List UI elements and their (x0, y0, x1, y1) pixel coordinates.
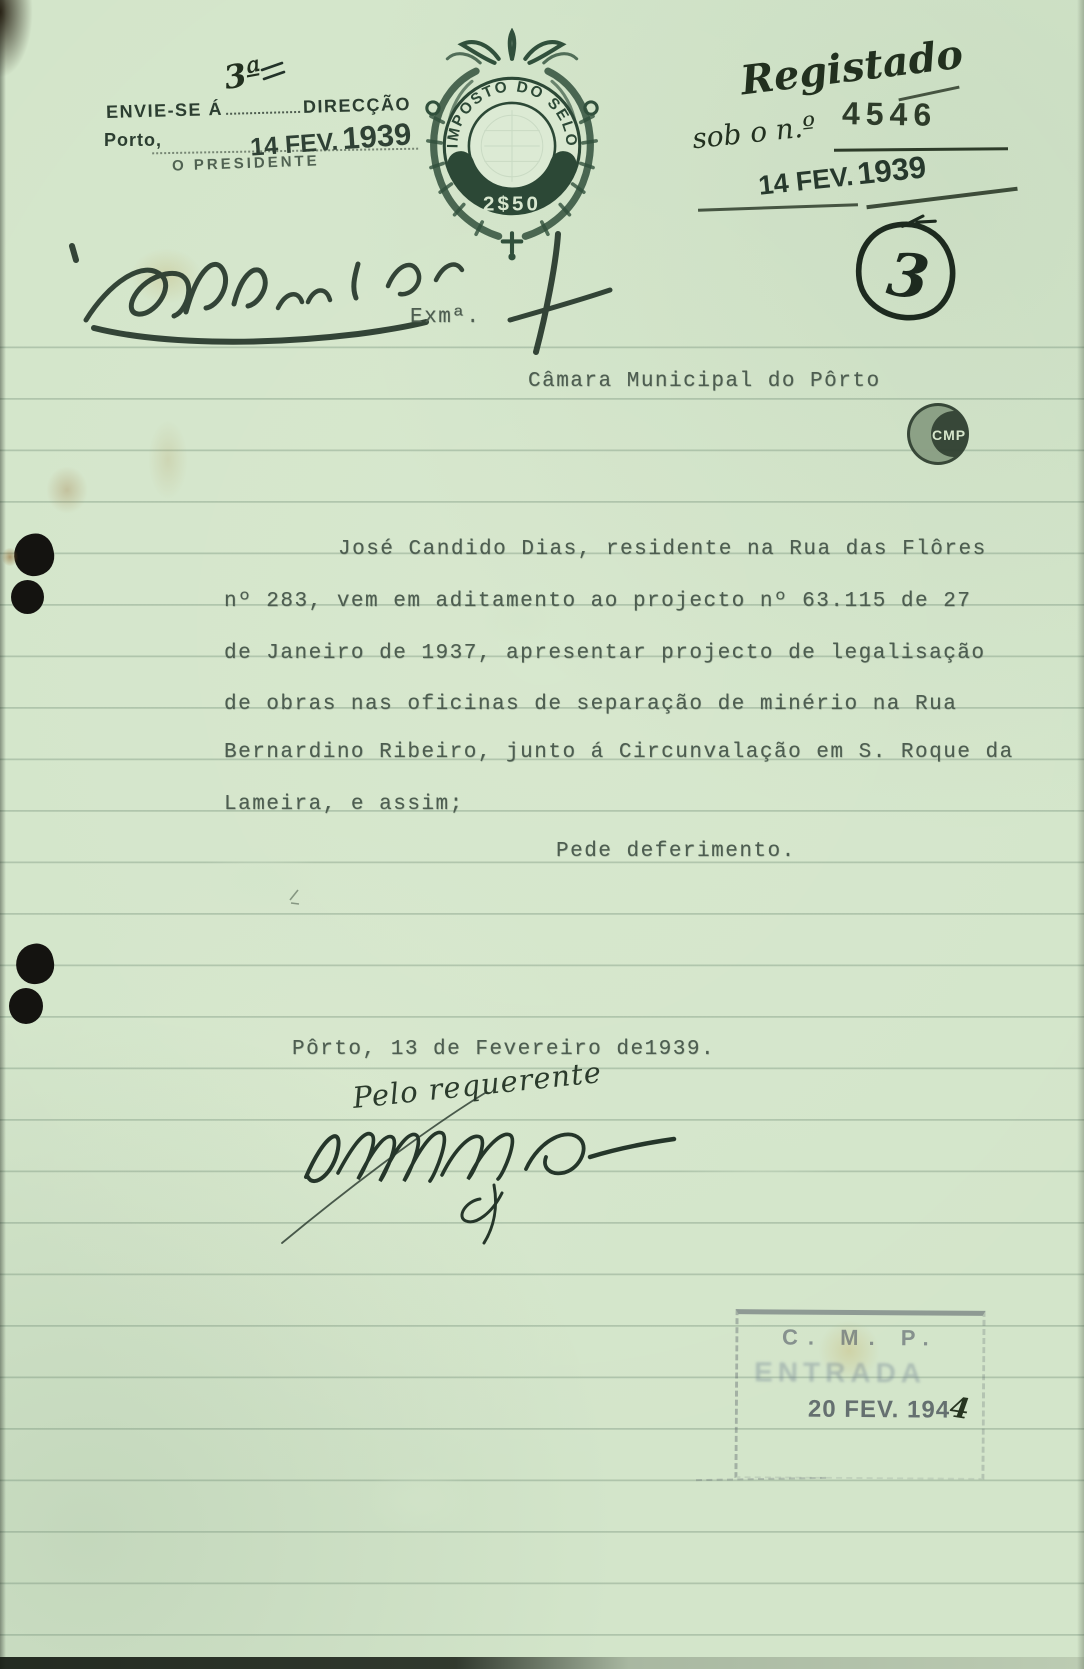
dotted-leader (226, 106, 300, 115)
routing-date-day-month: 14 FEV. (249, 128, 339, 162)
registration-date-year: 1939 (856, 149, 928, 191)
registration-number: 4546 (842, 95, 938, 134)
routing-date-year: 1939 (341, 116, 412, 156)
body-line: de obras nas oficinas de separação de mi… (224, 693, 957, 716)
addressee: Câmara Municipal do Pôrto (528, 370, 881, 393)
edge-left-shadow (0, 0, 6, 1669)
entry-stamp-box: C. M. P. ENTRADA 20 FEV. 1944 (734, 1309, 985, 1480)
seal-value: 2$50 (483, 193, 541, 216)
circled-number: 3 (840, 214, 970, 329)
entry-stamp-label: ENTRADA (754, 1356, 926, 1389)
punch-hole (11, 580, 44, 614)
paper-stain (46, 466, 88, 514)
ink-mark (288, 888, 302, 906)
salutation: Exmª. (410, 306, 481, 329)
request-line: Pede deferimento. (556, 840, 796, 863)
body-line: nº 283, vem em aditamento ao projecto nº… (224, 590, 971, 613)
entry-stamp-handwritten-digit: 4 (948, 1390, 972, 1425)
body-line: Lameira, e assim; (224, 793, 464, 816)
routing-send-to-label: ENVIE-SE Á (106, 99, 224, 122)
edge-bottom-strip (0, 1657, 1084, 1669)
dateline: Pôrto, 13 de Fevereiro de1939. (292, 1038, 715, 1061)
entry-stamp-date: 20 FEV. 194 (808, 1396, 950, 1424)
corner-top-left-mark (0, 0, 34, 80)
punch-hole (9, 988, 43, 1024)
handwritten-equal-marks (258, 60, 286, 84)
round-stamp-monogram: CMP (932, 427, 966, 443)
document-page: ENVIE-SE ÁDIRECÇÃO 3ª Porto, O PRESIDENT… (0, 0, 1084, 1669)
round-municipal-stamp: CMP (902, 398, 974, 470)
hole-smudge (2, 548, 18, 566)
paper-stain (148, 420, 188, 500)
entry-stamp-org: C. M. P. (738, 1324, 982, 1352)
requerente-signature (280, 1085, 700, 1245)
body-line: de Janeiro de 1937, apresentar projecto … (224, 642, 986, 665)
body-line: José Candido Dias, residente na Rua das … (338, 538, 987, 561)
routing-direction-label: DIRECÇÃO (303, 94, 412, 117)
president-signature (58, 224, 628, 359)
circled-number-digit: 3 (883, 239, 933, 314)
edge-right-shadow (1077, 0, 1084, 1669)
body-line: Bernardino Ribeiro, junto á Circunvalaçã… (224, 741, 1014, 764)
